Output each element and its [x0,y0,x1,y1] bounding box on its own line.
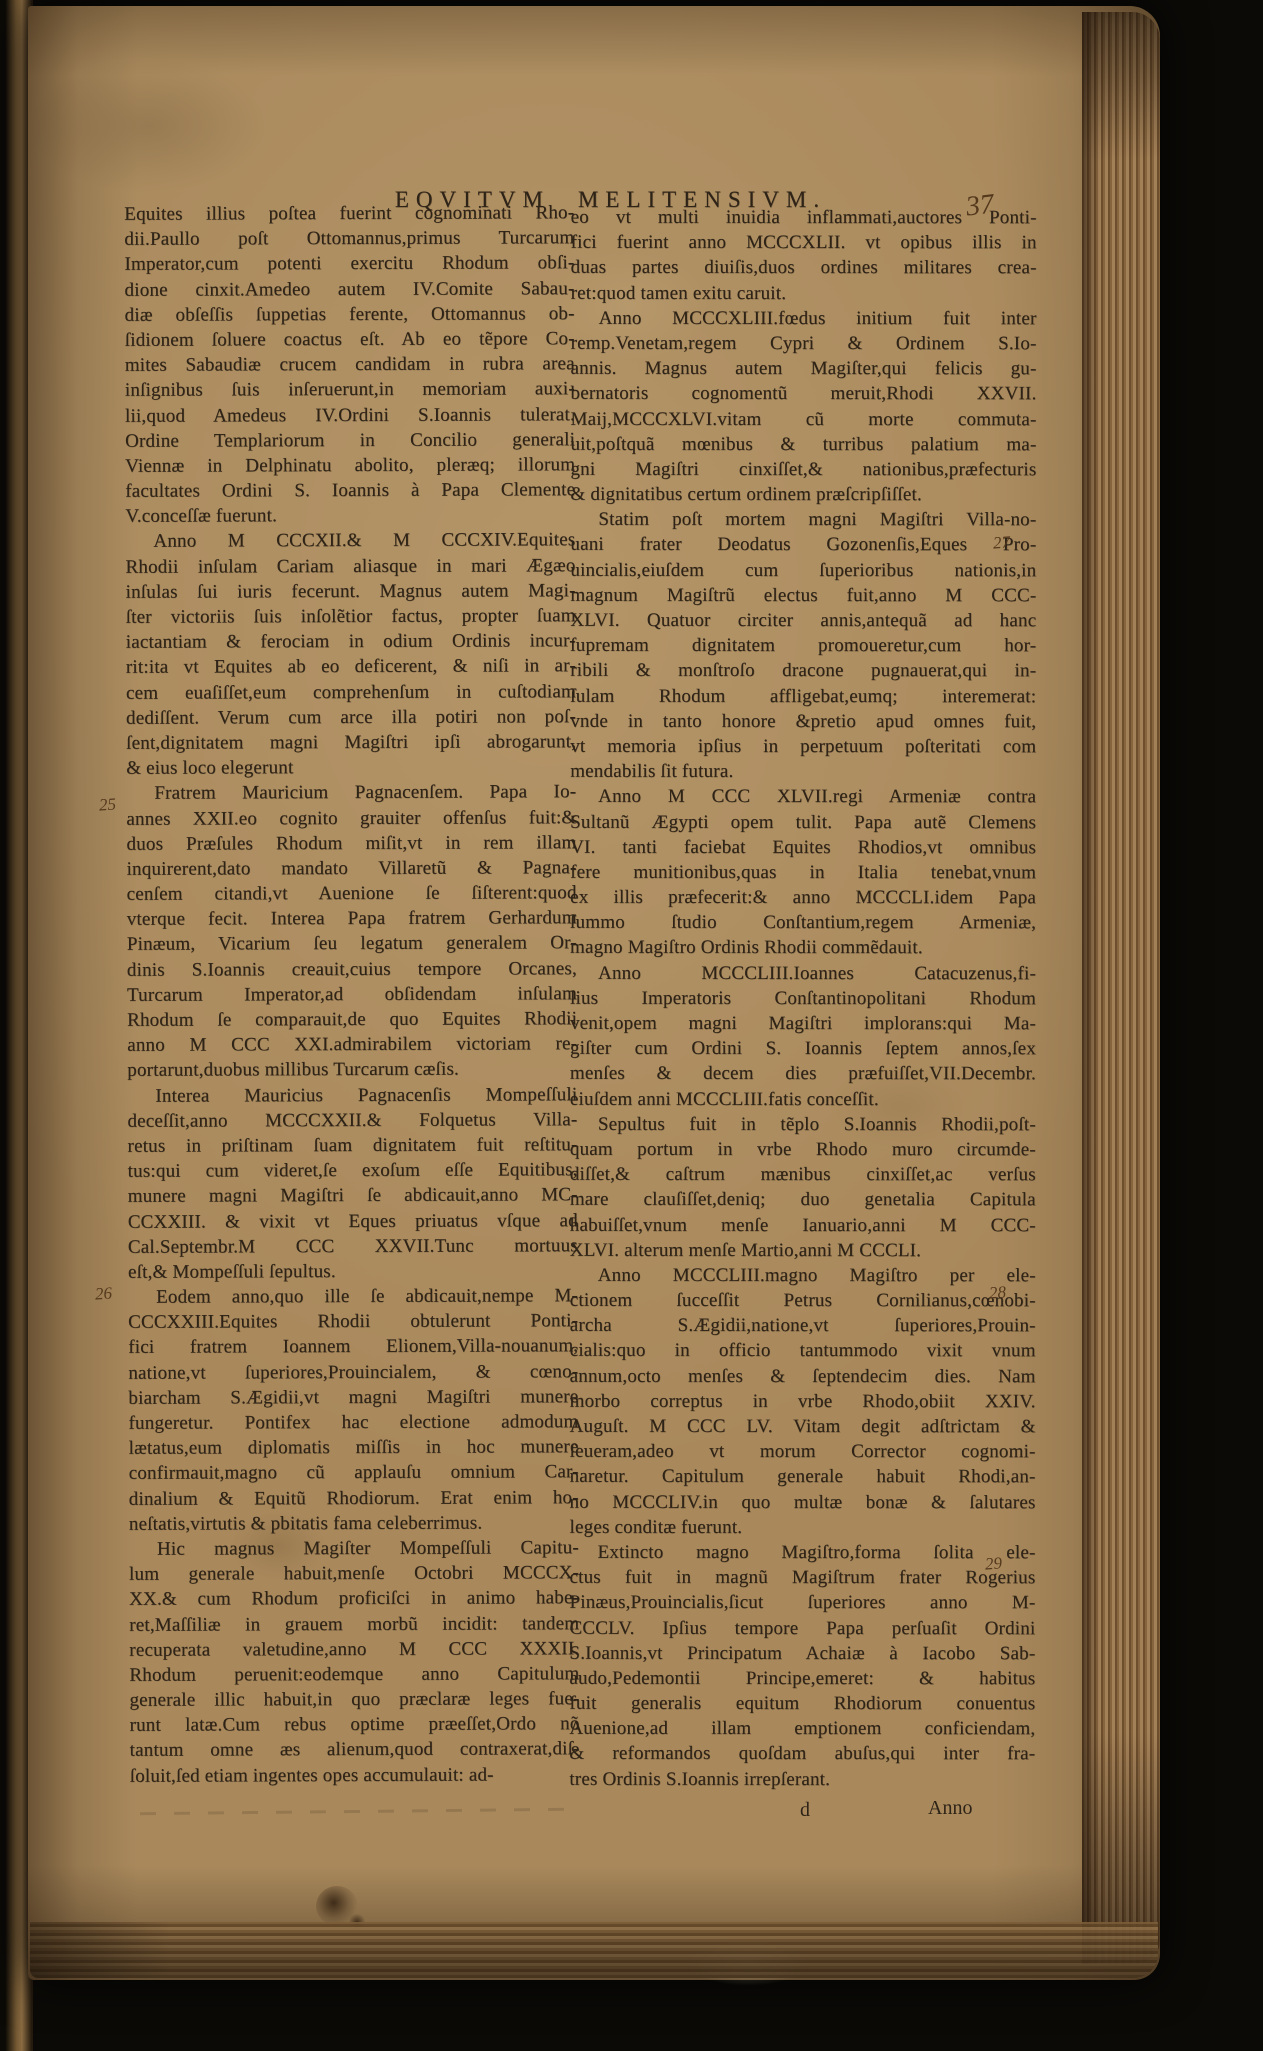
text-line: Sultanũ Ægypti opem tulit. Papa autẽ Cle… [570,809,1036,835]
text-line: XX.& cum Rhodum proficiſci in animo habe… [129,1586,579,1613]
text-line: ſupremam dignitatem promoueretur,cum hor… [570,633,1036,659]
text-line: Rhodii inſulam Cariam aliasque in mari Æ… [125,553,575,580]
text-line: biarcham S.Ægidii,vt magni Magiſtri mune… [128,1384,578,1411]
text-line: lii,quod Amedeus IV.Ordini S.Ioannis tul… [125,402,575,429]
text-line: Auenione,ad illam emptionem conficiendam… [569,1716,1035,1742]
text-line: Viennæ in Delphinatu abolito, pleræq; il… [125,452,575,479]
text-line: fungeretur. Pontifex hac electione admod… [128,1409,578,1436]
text-line: S.Ioannis,vt Principatum Achaiæ à Iacobo… [569,1640,1035,1666]
margin-note: 25 [98,794,116,815]
text-line: dinis S.Ioannis creauit,cuius tempore Or… [127,956,577,983]
text-line: anno M CCC XXI.admirabilem victoriam re- [127,1031,577,1058]
text-line: Rhodum peruenit:eodemque anno Capitulum [129,1661,579,1688]
text-line: cem euaſiſſet,eum comprehenſum in cuſtod… [126,679,576,706]
text-line: confirmauit,magno cũ applauſu omnium Car… [129,1460,579,1487]
text-line: uincialis,eiuſdem cum ſuperioribus natio… [570,557,1036,583]
text-line: naretur. Capitulum generale habuit Rhodi… [570,1464,1036,1490]
text-line: vnde in tanto honore &pretio apud omnes … [570,709,1036,735]
text-line: dediſſent. Verum cum arce illa potiri no… [126,704,576,731]
text-line: annes XXII.eo cognito grauiter offenſus … [126,805,576,832]
text-line: eo vt multi inuidia inflammati,auctores … [571,205,1037,231]
text-line: natione,vt ſuperiores,Prouincialem, & cœ… [128,1359,578,1386]
text-line: quam portum in vrbe Rhodo muro circumde- [570,1137,1036,1163]
text-line: diſſet,& caſtrum mænibus cinxiſſet,ac ve… [570,1162,1036,1188]
text-line: dione cinxit.Amedeo autem IV.Comite Saba… [124,276,574,303]
text-line: ribili & monſtroſo dracone pugnauerat,qu… [570,658,1036,684]
text-line: ex illis præfecerit:& anno MCCCLI.idem P… [570,885,1036,911]
text-line: Eodem anno,quo ille ſe abdicauit,nempe M… [128,1283,578,1310]
text-line: ſulam Rhodum affligebat,eumq; interemera… [570,683,1036,709]
text-line: Pinæus,Prouincialis,ſicut ſuperiores ann… [569,1590,1035,1616]
text-line: habuiſſet,vnum menſe Ianuario,anni M CCC… [570,1212,1036,1238]
text-line: ctionem ſucceſſit Petrus Cornilianus,cœn… [570,1288,1036,1314]
text-line: iactantiam & ferociam in odium Ordinis i… [126,628,576,655]
text-line: VI. tanti faciebat Equites Rhodios,vt om… [570,834,1036,860]
text-line: tres Ordinis S.Ioannis irrepſerant. [569,1766,1035,1792]
text-line: neſtatis,virtutis & pbitatis fama celebe… [129,1510,579,1537]
text-line: duos Præſules Rhodum miſit,vt in rem ill… [126,830,576,857]
text-line: Auguſt. M CCC LV. Vitam degit adſtrictam… [570,1414,1036,1440]
fore-edge [1082,12,1160,1964]
text-line: morbo correptus in vrbe Rhodo,obiit XXIV… [570,1389,1036,1415]
text-line: Anno MCCCXLIII.fœdus initium fuit inter [571,306,1037,332]
text-line: mendabilis ſit futura. [570,759,1036,785]
text-line: mare clauſiſſet,deniq; duo genetalia Cap… [570,1187,1036,1213]
text-line: lius Imperatoris Conſtantinopolitani Rho… [570,986,1036,1012]
paragraph: Anno M CCCXII.& M CCCXIV.EquitesRhodii i… [125,528,576,781]
catchword: Anno [928,1797,972,1820]
text-line: audo,Pedemontii Principe,emeret: & habit… [569,1666,1035,1692]
text-line: ſter victoriis ſuis inſolẽtior factus, p… [126,603,576,630]
text-line: eiuſdem anni MCCCLIII.fatis conceſſit. [570,1086,1036,1112]
text-line: Anno MCCCLIII.Ioannes Catacuzenus,fi- [570,960,1036,986]
text-line: CCCLV. Ipſius tempore Papa perſuaſit Ord… [569,1615,1035,1641]
text-line: bernatoris cognomentũ meruit,Rhodi XXVII… [571,381,1037,407]
text-line: Equites illius poſtea fuerint cognominat… [124,200,574,227]
paragraph: Anno MCCCXLIII.fœdus initium fuit interr… [570,306,1036,508]
text-line: fici fuerint anno MCCCXLII. vt opibus il… [571,230,1037,256]
text-line: Maij,MCCCXLVI.vitam cũ morte commuta- [570,406,1036,432]
text-line: V.conceſſæ fuerunt. [125,502,575,529]
text-line: annum,octo menſes & ſeptendecim dies. Na… [570,1363,1036,1389]
text-line: rit:ita vt Equites ab eo deficerent, & n… [126,654,576,681]
paragraph: Anno MCCCLIII.magno Magiſtro per ele-cti… [570,1263,1036,1540]
text-line: & reformandos quoſdam abuſus,qui inter f… [569,1741,1035,1767]
text-line: magno Magiſtro Ordinis Rhodii commẽdauit… [570,935,1036,961]
paragraph: Statim poſt mortem magni Magiſtri Villa-… [570,507,1036,784]
text-line: Statim poſt mortem magni Magiſtri Villa-… [570,507,1036,533]
text-line: inſignibus ſuis inſeruerunt,in memoriam … [125,377,575,404]
text-line: Cal.Septembr.M CCC XXVII.Tunc mortuus [128,1233,578,1260]
text-line: fici fratrem Ioannem Elionem,Villa-nouan… [128,1334,578,1361]
text-line: fere munitionibus,quas in Italia tenebat… [570,860,1036,886]
text-line: leges conditæ fuerunt. [570,1515,1036,1541]
text-line: tus:qui cum videret,ſe exoſum eſſe Equit… [128,1157,578,1184]
text-line: ret,Maſſiliæ in grauem morbũ incidit: ta… [129,1611,579,1638]
text-line: no MCCCLIV.in quo multæ bonæ & ſalutares [570,1489,1036,1515]
text-line: fuit generalis equitum Rhodiorum conuent… [569,1691,1035,1717]
signature-mark: d [800,1799,810,1822]
text-line: magnum Magiſtrũ electus fuit,anno M CCC- [570,583,1036,609]
text-line: Extincto magno Magiſtro,forma ſolita ele… [570,1540,1036,1566]
text-line: & eius loco elegerunt [126,754,576,781]
text-line: ſent,dignitatem magni Magiſtri ipſi abro… [126,729,576,756]
text-line: mites Sabaudiæ crucem candidam in rubra … [125,351,575,378]
text-line: vterque fecit. Interea Papa fratrem Gerh… [127,905,577,932]
margin-note: 27 [992,532,1010,553]
right-column: eo vt multi inuidia inflammati,auctores … [569,205,1036,1792]
margin-note: 29 [984,1553,1002,1574]
text-line: inſulas ſui iuris fecerunt. Magnus autem… [126,578,576,605]
text-line: Ordine Templariorum in Concilio generali [125,427,575,454]
text-line: retus in priſtinam ſuam dignitatem fuit … [127,1132,577,1159]
text-line: cialis:quo in officio tantummodo vixit v… [570,1338,1036,1364]
paragraph: Hic magnus Magiſter Mompeſſuli Capitu-lu… [129,1535,580,1788]
paragraph: Sepultus fuit in tẽplo S.Ioannis Rhodii,… [570,1112,1036,1264]
text-line: menſes & decem dies præfuiſſet,VII.Decem… [570,1061,1036,1087]
text-line: XLVI. Quatuor circiter annis,antequã ad … [570,608,1036,634]
paragraph: Anno MCCCLIII.Ioannes Catacuzenus,fi-liu… [570,960,1036,1112]
text-line: ſummo ſtudio Conſtantium,regem Armeniæ, [570,910,1036,936]
text-line: Anno M CCC XLVII.regi Armeniæ contra [570,784,1036,810]
text-line: recuperata valetudine,anno M CCC XXXII. [129,1636,579,1663]
text-line: Anno MCCCLIII.magno Magiſtro per ele- [570,1263,1036,1289]
text-line: uit,poſtquã mœnibus & turribus palatium … [570,431,1036,457]
text-line: archa S.Ægidii,natione,vt ſuperiores,Pro… [570,1313,1036,1339]
text-line: munere magni Magiſtri ſe abdicauit,anno … [128,1183,578,1210]
text-line: Sepultus fuit in tẽplo S.Ioannis Rhodii,… [570,1112,1036,1138]
left-column: Equites illius poſtea fuerint cognominat… [124,200,580,1788]
text-line: deceſſit,anno MCCCXXII.& Folquetus Villa… [127,1107,577,1134]
text-line: inquirerent,dato mandato Villaretũ & Pag… [127,855,577,882]
text-line: Fratrem Mauricium Pagnacenſem. Papa Io- [126,780,576,807]
text-line: facultates Ordini S. Ioannis à Papa Clem… [125,477,575,504]
paragraph: Equites illius poſtea fuerint cognominat… [124,200,575,529]
paragraph: Eodem anno,quo ille ſe abdicauit,nempe M… [128,1283,579,1536]
paragraph: Fratrem Mauricium Pagnacenſem. Papa Io-a… [126,780,577,1084]
text-line: ctus fuit in magnũ Magiſtrum frater Roge… [569,1565,1035,1591]
text-line: giſter cum Ordini S. Ioannis ſeptem anno… [570,1036,1036,1062]
text-line: dinalium & Equitũ Rhodiorum. Erat enim h… [129,1485,579,1512]
text-line: gni Magiſtri cinxiſſet,& nationibus,præf… [570,457,1036,483]
text-line: CCCXXIII.Equites Rhodii obtulerunt Ponti… [128,1308,578,1335]
margin-note: 28 [988,1282,1006,1303]
paragraph: eo vt multi inuidia inflammati,auctores … [571,205,1037,306]
text-line: tantum omne æs alienum,quod contraxerat,… [130,1737,580,1764]
text-line: vt memoria ipſius in perpetuum poſterita… [570,734,1036,760]
paragraph: Anno M CCC XLVII.regi Armeniæ contraSult… [570,784,1036,961]
text-line: diæ obſeſſis ſuppetias ferente, Ottomann… [125,301,575,328]
text-line: lum generale habuit,menſe Octobri MCCCX- [129,1560,579,1587]
text-line: Pinæum, Vicarium ſeu legatum generalem O… [127,931,577,958]
text-line: XLVI. alterum menſe Martio,anni M CCCLI. [570,1237,1036,1263]
text-line: portarunt,duobus millibus Turcarum cæſis… [127,1057,577,1084]
book-photo: EQVITVMMELITENSIVM. 37 Equites illius po… [0,0,1263,2051]
text-line: eſt,& Mompeſſuli ſepultus. [128,1258,578,1285]
text-line: annis. Magnus autem Magiſter,qui felicis… [571,356,1037,382]
bottom-edge [30,1922,1158,1978]
text-line: ſoluit,ſed etiam ingentes opes accumulau… [130,1762,580,1789]
text-line: ſidionem ſoluere coactus eſt. Ab eo tẽpo… [125,326,575,353]
text-line: runt latæ.Cum rebus optime præeſſet,Ordo… [130,1711,580,1738]
text-line: uani frater Deodatus Gozonenſis,Eques Pr… [570,532,1036,558]
text-line: Imperator,cum potenti exercitu Rhodum ob… [124,251,574,278]
text-line: lætatus,eum diplomatis miſſis in hoc mun… [129,1434,579,1461]
text-line: dii.Paullo poſt Ottomannus,primus Turcar… [124,225,574,252]
paragraph: Interea Mauricius Pagnacenſis Mompeſſuli… [127,1082,578,1285]
text-line: Hic magnus Magiſter Mompeſſuli Capitu- [129,1535,579,1562]
text-line: venit,opem magni Magiſtri implorans:qui … [570,1011,1036,1037]
text-line: duas partes diuiſis,duos ordines militar… [571,255,1037,281]
text-line: generale illic habuit,in quo præclaræ le… [129,1686,579,1713]
text-line: cenſem citandi,vt Auenione ſe ſiſterent:… [127,880,577,907]
text-line: CCXXIII. & vixit vt Eques priuatus vſque… [128,1208,578,1235]
margin-note: 26 [94,1283,112,1304]
text-line: ſeueram,adeo vt morum Corrector cognomi- [570,1439,1036,1465]
text-line: Interea Mauricius Pagnacenſis Mompeſſuli [127,1082,577,1109]
text-line: Turcarum Imperator,ad obſidendam inſulam [127,981,577,1008]
text-line: Rhodum ſe comparauit,de quo Equites Rhod… [127,1006,577,1033]
paragraph: Extincto magno Magiſtro,forma ſolita ele… [569,1540,1035,1792]
text-line: remp.Venetam,regem Cypri & Ordinem S.Io- [571,331,1037,357]
text-line: ret:quod tamen exitu caruit. [571,280,1037,306]
text-line: Anno M CCCXII.& M CCCXIV.Equites [125,528,575,555]
text-line: & dignitatibus certum ordinem præſcripſi… [570,482,1036,508]
